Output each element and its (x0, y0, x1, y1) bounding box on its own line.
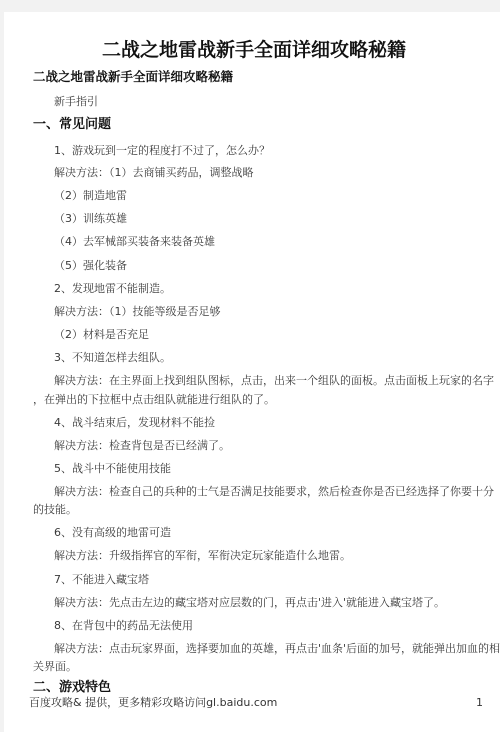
intro-label: 新手指引 (54, 95, 98, 109)
question-3: 3、不知道怎样去组队。 (54, 351, 171, 365)
document-subtitle: 二战之地雷战新手全面详细攻略秘籍 (33, 70, 233, 84)
answer-2: 解决方法：（1）技能等级是否足够 (54, 305, 221, 319)
answer-8-continued: 关界面。 (33, 660, 77, 674)
answer-8: 解决方法：点击玩家界面，选择要加血的英雄，再点击'血条'后面的加号，就能弹出加血… (54, 642, 500, 656)
answer-1-item-2: （2）制造地雷 (54, 189, 127, 203)
answer-1-item-4: （4）去军械部买装备来装备英雄 (54, 235, 215, 249)
answer-1-item-5: （5）强化装备 (54, 259, 127, 273)
page-number: 1 (476, 697, 483, 708)
answer-5-continued: 的技能。 (33, 503, 77, 517)
footer-source: 百度攻略& 提供，更多精彩攻略访问gl.baidu.com (29, 697, 277, 708)
question-6: 6、没有高级的地雷可造 (54, 526, 171, 540)
answer-2-item-2: （2）材料是否充足 (54, 328, 149, 342)
answer-3: 解决方法：在主界面上找到组队图标，点击，出来一个组队的面板。点击面板上玩家的名字 (54, 374, 494, 388)
page-title: 二战之地雷战新手全面详细攻略秘籍 (4, 38, 500, 62)
answer-6: 解决方法：升级指挥官的军衔，军衔决定玩家能造什么地雷。 (54, 549, 351, 563)
question-1: 1、游戏玩到一定的程度打不过了，怎么办？ (54, 144, 270, 158)
section-heading-faq: 一、常见问题 (33, 118, 111, 132)
question-7: 7、不能进入藏宝塔 (54, 573, 149, 587)
question-5: 5、战斗中不能使用技能 (54, 462, 171, 476)
answer-5: 解决方法：检查自己的兵种的士气是否满足技能要求，然后检查你是否已经选择了你要十分 (54, 485, 494, 499)
section-heading-features: 二、游戏特色 (33, 681, 111, 695)
answer-7: 解决方法：先点击左边的藏宝塔对应层数的门，再点击'进入'就能进入藏宝塔了。 (54, 596, 445, 610)
question-2: 2、发现地雷不能制造。 (54, 282, 171, 296)
question-8: 8、在背包中的药品无法使用 (54, 619, 193, 633)
answer-1-item-3: （3）训练英雄 (54, 212, 127, 226)
answer-4: 解决方法：检查背包是否已经满了。 (54, 439, 230, 453)
answer-3-continued: ，在弹出的下拉框中点击组队就能进行组队的了。 (33, 393, 275, 407)
question-4: 4、战斗结束后，发现材料不能捡 (54, 416, 215, 430)
answer-1: 解决方法：（1）去商铺买药品，调整战略 (54, 166, 254, 180)
document-page: 二战之地雷战新手全面详细攻略秘籍 二战之地雷战新手全面详细攻略秘籍 新手指引 一… (4, 12, 500, 708)
